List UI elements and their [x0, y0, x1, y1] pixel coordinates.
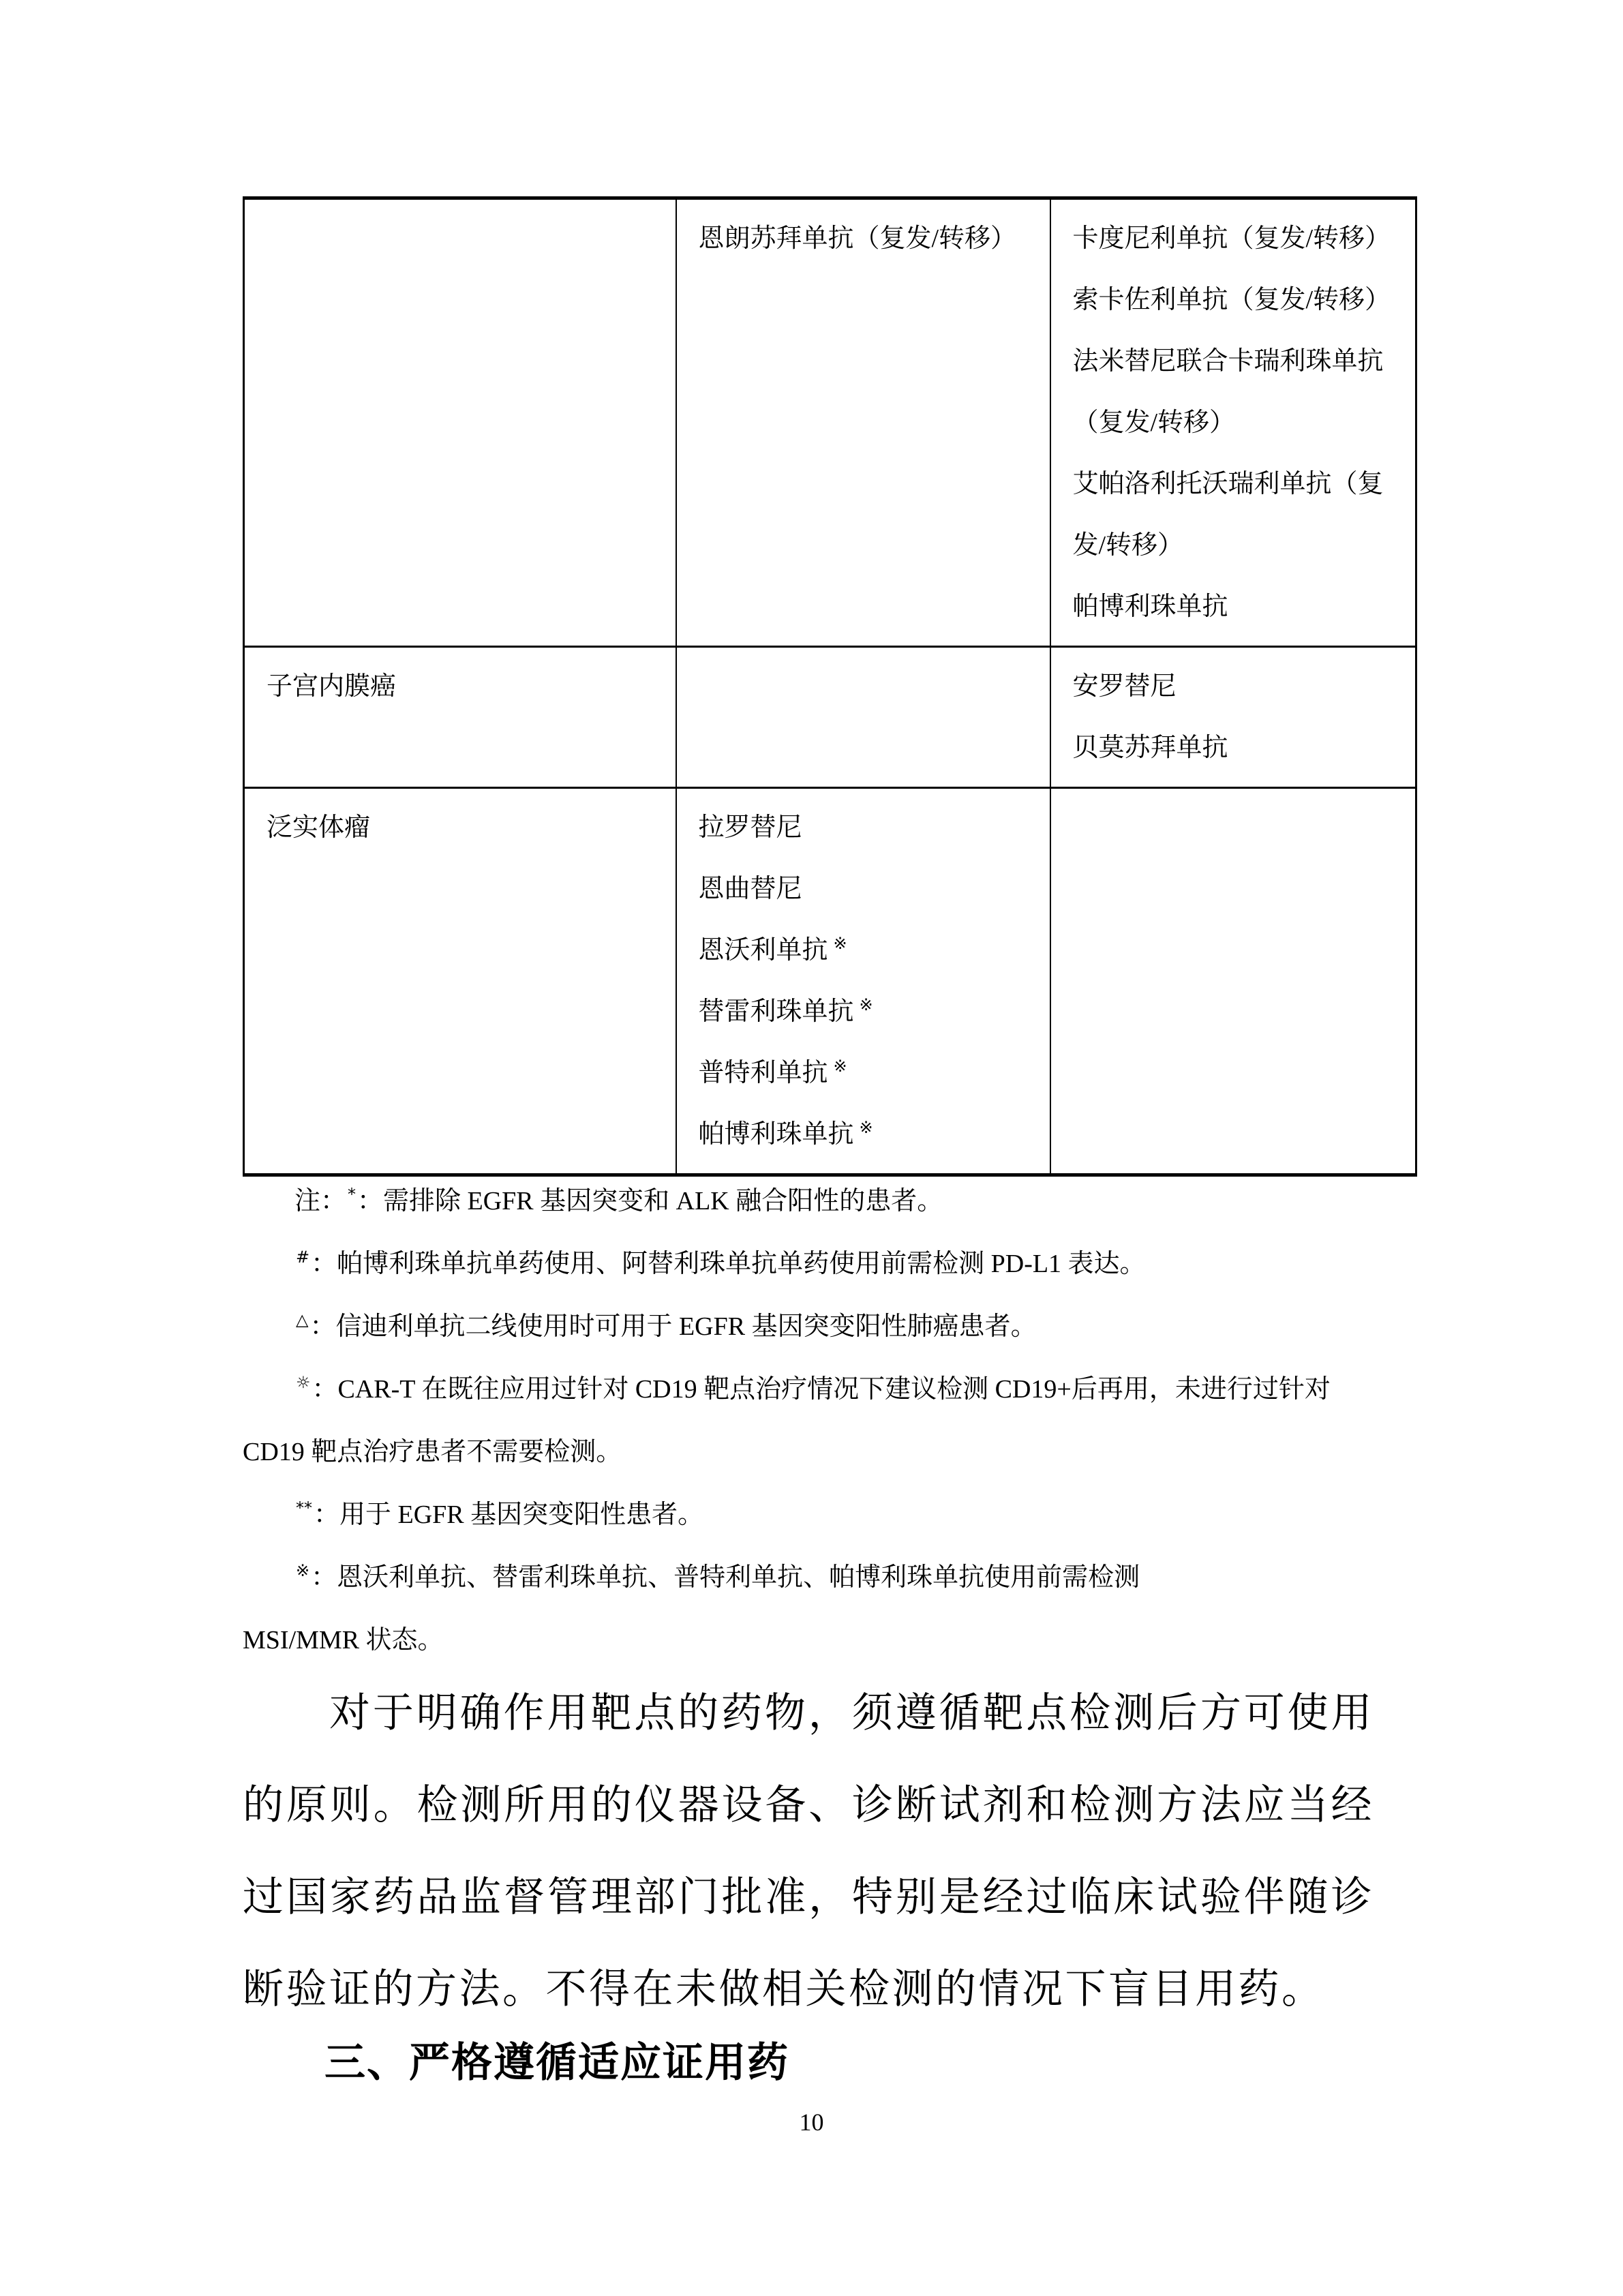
- drug-cell: 恩朗苏拜单抗（复发/转移）: [676, 198, 1050, 647]
- drug-name: 恩朗苏拜单抗（复发/转移）: [699, 224, 1017, 253]
- note-text: ：需排除 EGFR 基因突变和 ALK 融合阳性的患者。: [357, 1187, 943, 1215]
- drug-name: 普特利单抗: [699, 1059, 828, 1087]
- note-text: ：用于 EGFR 基因突变阳性患者。: [314, 1500, 703, 1529]
- footnote-marker: ※: [860, 1118, 873, 1137]
- drug-name: 拉罗替尼: [699, 813, 802, 842]
- note-prefix: 注：: [294, 1187, 346, 1215]
- footnote-marker: #: [296, 1248, 309, 1267]
- indication-label: 子宫内膜癌: [267, 656, 669, 717]
- drug-name: 法米替尼联合卡瑞利珠单抗（复发/转移）: [1073, 347, 1384, 437]
- drug-entry: 帕博利珠单抗: [1073, 576, 1409, 637]
- document-page: 恩朗苏拜单抗（复发/转移） 卡度尼利单抗（复发/转移） 索卡佐利单抗（复发/转移…: [0, 0, 1623, 2296]
- indication-cell: 子宫内膜癌: [244, 647, 676, 788]
- drug-entry: 替雷利珠单抗※: [699, 981, 1043, 1042]
- drug-name: 艾帕洛利托沃瑞利单抗（复发/转移）: [1073, 470, 1384, 560]
- drug-name: 索卡佐利单抗（复发/转移）: [1073, 286, 1391, 314]
- drug-entry: 恩朗苏拜单抗（复发/转移）: [699, 208, 1043, 269]
- indication-label: 泛实体瘤: [267, 797, 669, 858]
- indication-drug-table: 恩朗苏拜单抗（复发/转移） 卡度尼利单抗（复发/转移） 索卡佐利单抗（复发/转移…: [243, 196, 1417, 1177]
- drug-entry: 帕博利珠单抗※: [699, 1104, 1043, 1165]
- footnote-marker: *: [348, 1185, 356, 1204]
- drug-entry: 索卡佐利单抗（复发/转移）: [1073, 269, 1409, 331]
- footnote-marker: △: [296, 1310, 308, 1329]
- note-text: ：信迪利单抗二线使用时可用于 EGFR 基因突变阳性肺癌患者。: [309, 1312, 1036, 1341]
- table-row: 泛实体瘤 拉罗替尼 恩曲替尼 恩沃利单抗※ 替雷利珠单抗※ 普特利单抗※ 帕博利…: [244, 788, 1416, 1175]
- drug-entry: 恩沃利单抗※: [699, 920, 1043, 981]
- footnote: **：用于 EGFR 基因突变阳性患者。: [243, 1483, 1380, 1546]
- drug-entry: 法米替尼联合卡瑞利珠单抗（复发/转移）: [1073, 331, 1409, 453]
- drug-name: 帕博利珠单抗: [699, 1120, 854, 1149]
- footnote: ☼：CAR-T 在既往应用过针对 CD19 靶点治疗情况下建议检测 CD19+后…: [243, 1358, 1380, 1483]
- footnotes: 注：*：需排除 EGFR 基因突变和 ALK 融合阳性的患者。 #：帕博利珠单抗…: [243, 1170, 1380, 1672]
- footnote-marker: ※: [834, 1057, 847, 1076]
- drug-cell: 安罗替尼 贝莫苏拜单抗: [1050, 647, 1416, 788]
- drug-entry: 艾帕洛利托沃瑞利单抗（复发/转移）: [1073, 453, 1409, 576]
- footnote-marker: ※: [860, 995, 873, 1014]
- indication-cell: 泛实体瘤: [244, 788, 676, 1175]
- note-text: ：CAR-T 在既往应用过针对 CD19 靶点治疗情况下建议检测 CD19+后再…: [243, 1375, 1331, 1466]
- drug-name: 恩曲替尼: [699, 875, 802, 903]
- drug-cell: 拉罗替尼 恩曲替尼 恩沃利单抗※ 替雷利珠单抗※ 普特利单抗※ 帕博利珠单抗※: [676, 788, 1050, 1175]
- section-heading: 三、严格遵循适应证用药: [243, 2030, 1374, 2095]
- drug-name: 替雷利珠单抗: [699, 997, 854, 1026]
- note-text: ：恩沃利单抗、替雷利珠单抗、普特利单抗、帕博利珠单抗使用前需检测 MSI/MMR…: [243, 1563, 1140, 1655]
- footnote: ※：恩沃利单抗、替雷利珠单抗、普特利单抗、帕博利珠单抗使用前需检测 MSI/MM…: [243, 1546, 1258, 1672]
- footnote: 注：*：需排除 EGFR 基因突变和 ALK 融合阳性的患者。: [243, 1170, 1380, 1233]
- drug-name: 卡度尼利单抗（复发/转移）: [1073, 224, 1391, 253]
- drug-entry: 贝莫苏拜单抗: [1073, 717, 1409, 779]
- footnote-marker: ※: [296, 1561, 309, 1580]
- footnote-marker: ☼: [296, 1373, 311, 1392]
- drug-name: 帕博利珠单抗: [1073, 592, 1228, 621]
- drug-cell: [1050, 788, 1416, 1175]
- body-paragraph: 对于明确作用靶点的药物，须遵循靶点检测后方可使用的原则。检测所用的仪器设备、诊断…: [243, 1667, 1374, 2036]
- drug-entry: 拉罗替尼: [699, 797, 1043, 858]
- page-number: 10: [0, 2105, 1623, 2139]
- note-text: ：帕博利珠单抗单药使用、阿替利珠单抗单药使用前需检测 PD-L1 表达。: [311, 1250, 1145, 1278]
- footnote-marker: ※: [834, 934, 847, 953]
- table-row: 恩朗苏拜单抗（复发/转移） 卡度尼利单抗（复发/转移） 索卡佐利单抗（复发/转移…: [244, 198, 1416, 647]
- drug-name: 恩沃利单抗: [699, 936, 828, 965]
- drug-name: 安罗替尼: [1073, 672, 1177, 701]
- indication-cell: [244, 198, 676, 647]
- footnote: #：帕博利珠单抗单药使用、阿替利珠单抗单药使用前需检测 PD-L1 表达。: [243, 1233, 1380, 1295]
- drug-entry: 恩曲替尼: [699, 858, 1043, 920]
- drug-entry: 普特利单抗※: [699, 1042, 1043, 1104]
- drug-entry: 安罗替尼: [1073, 656, 1409, 717]
- footnote-marker: **: [296, 1498, 312, 1517]
- footnote: △：信迪利单抗二线使用时可用于 EGFR 基因突变阳性肺癌患者。: [243, 1295, 1380, 1358]
- table-row: 子宫内膜癌 安罗替尼 贝莫苏拜单抗: [244, 647, 1416, 788]
- drug-entry: 卡度尼利单抗（复发/转移）: [1073, 208, 1409, 269]
- drug-name: 贝莫苏拜单抗: [1073, 734, 1228, 762]
- drug-cell: 卡度尼利单抗（复发/转移） 索卡佐利单抗（复发/转移） 法米替尼联合卡瑞利珠单抗…: [1050, 198, 1416, 647]
- drug-cell: [676, 647, 1050, 788]
